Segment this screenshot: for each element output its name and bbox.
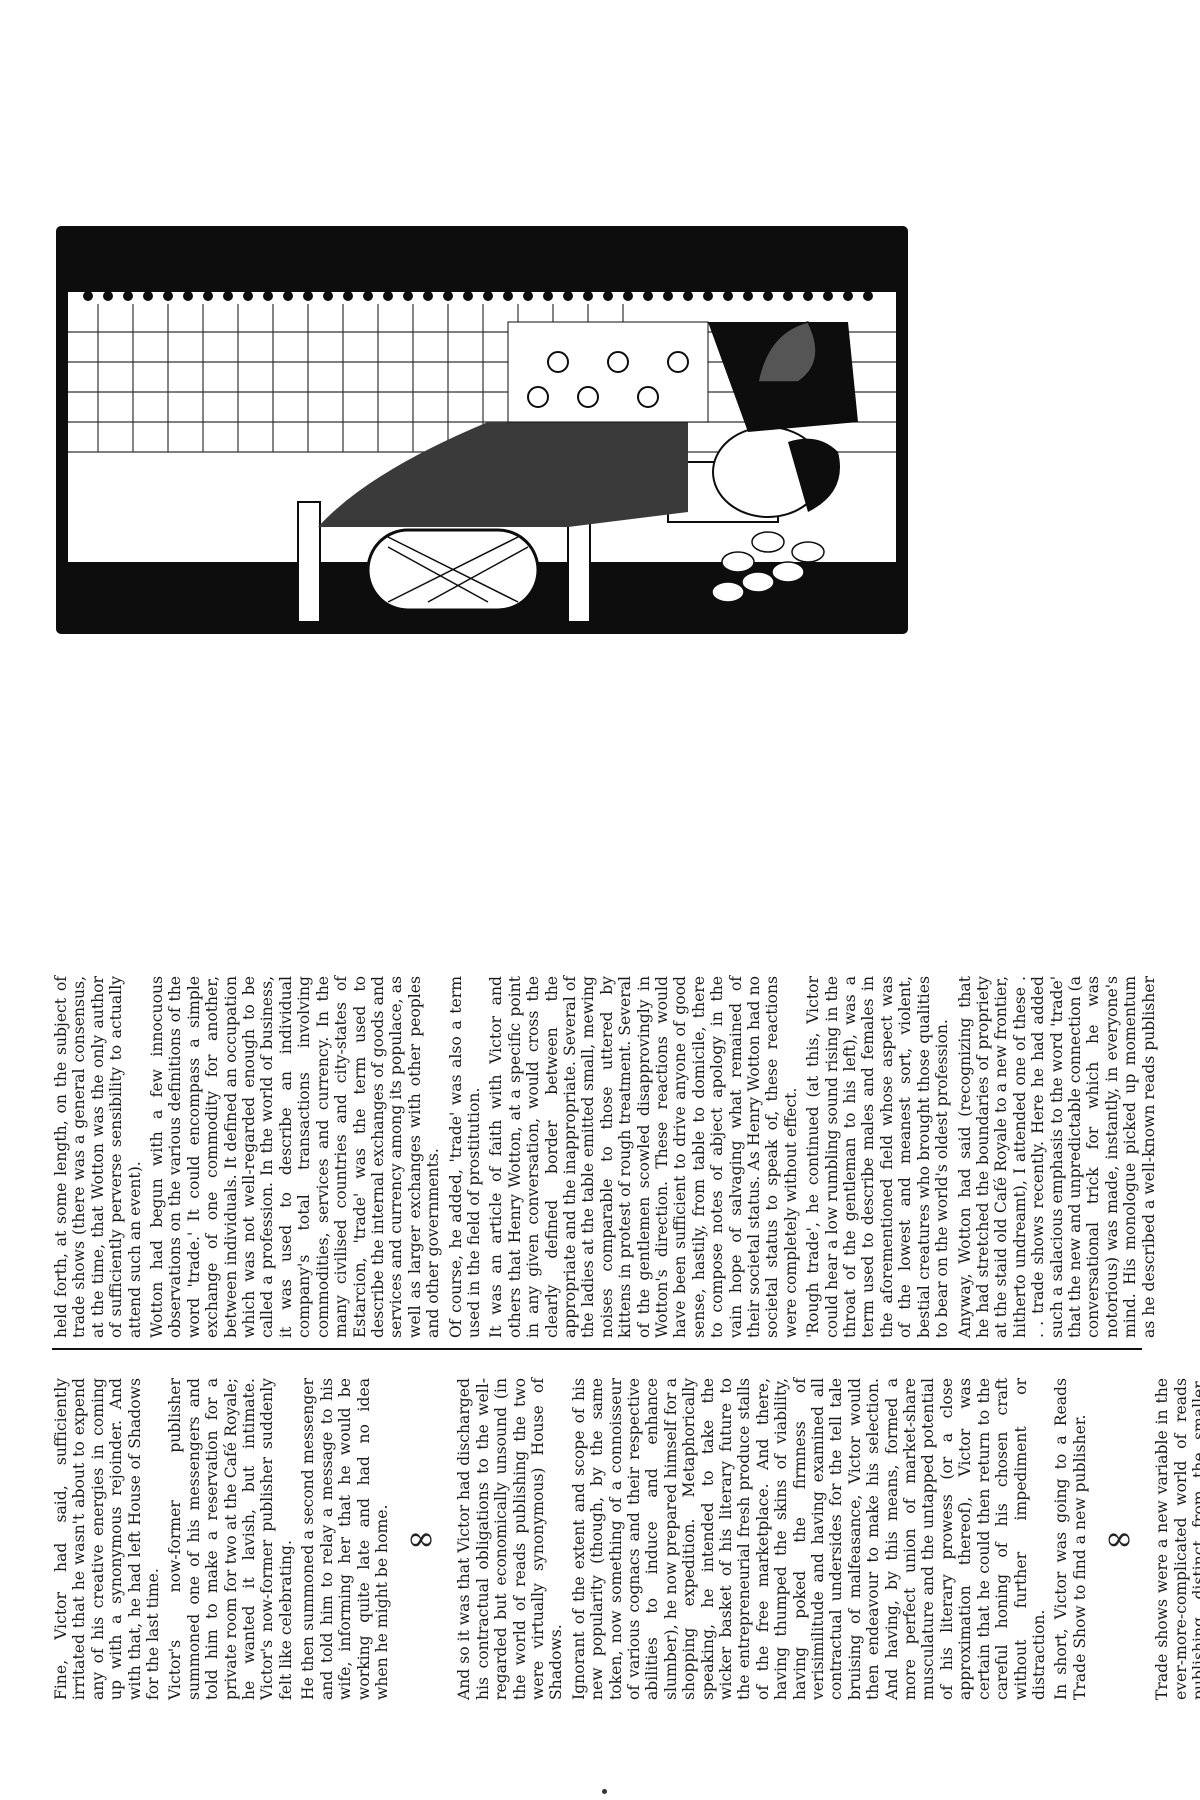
- paragraph: held forth, at some length, on the subje…: [52, 976, 144, 1338]
- paragraph: It was an article of faith with Victor a…: [487, 976, 800, 1338]
- paragraph: Trade shows were a new variable in the e…: [1153, 1378, 1200, 1700]
- paragraph: Victor's now-former publisher summoned o…: [166, 1378, 295, 1700]
- section-break-ornament-icon: ∞: [1099, 1378, 1139, 1700]
- paragraph: Wotton had begun with a few innocuous ob…: [148, 976, 443, 1338]
- paragraph: Of course, he added, 'trade' was also a …: [447, 976, 484, 1338]
- chapter-illustration: [58, 228, 906, 632]
- paragraph: 'Rough trade', he continued (at this, Vi…: [804, 976, 951, 1338]
- text-column-1: Fine, Victor had said, sufficiently irri…: [52, 1378, 1142, 1700]
- paragraph: Anyway, Wotton had said (recognizing tha…: [956, 976, 1158, 1338]
- paragraph: Ignorant of the extent and scope of his …: [570, 1378, 1049, 1700]
- paragraph: And so it was that Victor had discharged…: [455, 1378, 565, 1700]
- dining-man-drawing-icon: [68, 238, 896, 622]
- paragraph: In short, Victor was going to a Reads Tr…: [1052, 1378, 1089, 1700]
- text-column-2: held forth, at some length, on the subje…: [52, 976, 1142, 1338]
- column-divider: [52, 1348, 1142, 1350]
- paragraph: He then summoned a second messenger and …: [299, 1378, 391, 1700]
- paragraph: Fine, Victor had said, sufficiently irri…: [52, 1378, 162, 1700]
- section-break-ornament-icon: ∞: [401, 1378, 441, 1700]
- illustration-canvas: [68, 238, 896, 622]
- print-speck: [602, 1789, 607, 1794]
- book-page: Fine, Victor had said, sufficiently irri…: [0, 0, 1200, 1800]
